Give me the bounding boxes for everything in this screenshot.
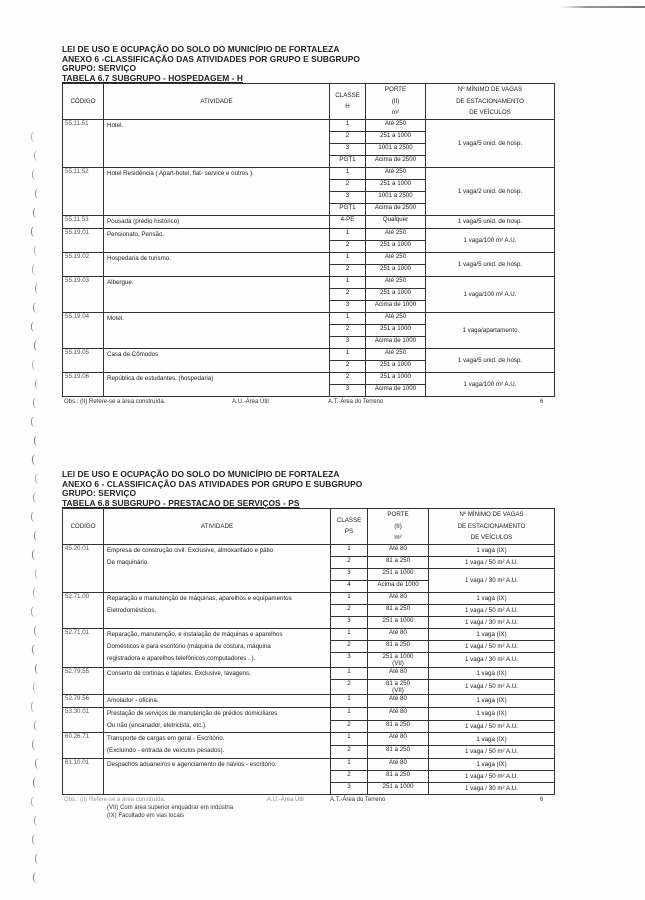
activity-description: Transporte de cargas em geral - Escritór… (104, 733, 331, 758)
activity-description: República de estudantes. (hospedaria) (104, 372, 330, 396)
footnote-ix: (IX) Facultado em vias locais (107, 813, 184, 819)
size-cell: 251 a 1000 (366, 360, 426, 372)
scan-mark: ( (33, 434, 37, 447)
size-cell: 1001 a 2500 (366, 143, 426, 155)
size-cell: 81 a 250 (368, 640, 429, 652)
size-cell: 1001 a 2500 (366, 191, 426, 203)
activity-description: Motel. (104, 312, 330, 348)
class-cell: 1 (331, 758, 368, 770)
parking-requirement: 1 vaga/apartamento (426, 312, 555, 348)
scan-mark: ( (30, 320, 34, 333)
scan-mark: ( (34, 282, 38, 295)
class-cell: 2 (330, 360, 366, 372)
size-cell: Até 250 (366, 228, 426, 240)
size-cell: 251 a 1000 (366, 179, 426, 191)
activity-description: Despachos aduaneiros e agenciamento de n… (104, 758, 331, 794)
activity-code: 55.19.02 (63, 252, 104, 276)
scan-mark: ( (30, 130, 34, 143)
class-cell: PGT1 (330, 203, 366, 215)
size-cell: 81 a 250 (368, 556, 429, 568)
scan-mark: ( (31, 263, 35, 276)
prestacao-servicos-table: CÓDIGO ATIVIDADE CLASSEPS PORTE(II)m² Nº… (62, 508, 555, 794)
activity-code: 55.11.52 (63, 167, 104, 215)
scan-mark: ( (30, 510, 34, 523)
class-cell: 1 (330, 276, 366, 288)
size-cell: 251 a 1000 (366, 131, 426, 143)
class-cell: 2 (331, 604, 368, 616)
size-cell: Até 250 (366, 312, 426, 324)
table-footer: Obs.: (II) Refere-se a área construída. … (62, 795, 554, 831)
size-cell: Acima de 2500 (366, 203, 426, 215)
footnote-obs: Obs.: (II) Refere-se a área construída. (64, 797, 165, 803)
scan-mark: ( (34, 662, 38, 675)
activity-description: Albergue. (104, 276, 330, 312)
activity-description: Reparação, manutenção, e instalação de m… (104, 628, 331, 667)
scan-mark: ( (34, 187, 38, 200)
parking-requirement: 1 vaga (IX) (429, 544, 555, 556)
activity-code: 60.26.71 (63, 733, 104, 758)
parking-requirement: 1 vaga / 50 m² A.U. (429, 640, 555, 652)
class-cell: 1 (331, 667, 368, 679)
class-cell: 3 (331, 782, 368, 794)
size-cell: Até 80 (368, 544, 429, 556)
class-cell: PGT1 (330, 155, 366, 167)
col-porte: PORTE(II)m² (366, 84, 426, 119)
size-cell: Até 250 (366, 167, 426, 179)
class-cell: 2 (331, 640, 368, 652)
col-classe: CLASSEPS (331, 509, 368, 544)
class-cell: 2 (330, 264, 366, 276)
scan-mark: ( (33, 244, 37, 257)
footnote-au: A.U.-Área Útil (267, 797, 304, 803)
parking-requirement: 1 vaga / 50 m² A.U. (429, 770, 555, 782)
scan-mark: ( (32, 871, 36, 884)
class-cell: 3 (330, 300, 366, 312)
class-cell: 1 (330, 119, 366, 131)
parking-requirement: 1 vaga/5 unid. de hosp. (426, 252, 555, 276)
class-cell: 1 (330, 167, 366, 179)
parking-requirement: 1 vaga/2 unid. de hosp. (426, 167, 555, 215)
parking-requirement: 1 vaga / 30 m² A.U. (429, 568, 555, 592)
scan-mark: ( (31, 358, 35, 371)
footnote-at: A.T.-Área do Terreno (328, 399, 383, 405)
class-cell: 1 (331, 694, 368, 707)
scan-mark: ( (32, 586, 36, 599)
scan-mark: ( (34, 852, 38, 865)
footnote-at: A.T.-Área do Terreno (330, 797, 385, 803)
class-cell: 1 (331, 592, 368, 604)
activity-description: Hospedaria de turismo. (104, 252, 330, 276)
size-cell: Até 250 (366, 119, 426, 131)
size-cell: Até 250 (366, 252, 426, 264)
parking-requirement: 1 vaga / 50 m² A.U. (429, 720, 555, 733)
table-row: 52.71.00Reparação e manutenção de máquin… (63, 592, 555, 604)
class-cell: 2 (331, 556, 368, 568)
scan-mark: ( (30, 700, 34, 713)
table-row: 53.30.01Prestação de serviços de manuten… (63, 707, 555, 720)
col-codigo: CÓDIGO (63, 84, 104, 119)
class-cell: 2 (331, 745, 368, 758)
size-cell: Até 80 (368, 667, 429, 679)
class-cell: 1 (330, 252, 366, 264)
parking-requirement: 1 vaga / 50 m² A.U. (429, 556, 555, 568)
table-row: 55.11.52Hotel Residência ( Apart-hotel, … (63, 167, 555, 179)
col-vagas: Nº MÍNIMO DE VAGASDE ESTACIONAMENTODE VE… (426, 84, 555, 119)
size-cell: 81 a 250 (368, 604, 429, 616)
activity-description: Conserto de cortinas e tapetes. Exclusiv… (104, 667, 331, 694)
class-cell: 3 (331, 616, 368, 628)
col-porte: PORTE(II)m² (368, 509, 429, 544)
class-cell: 2 (330, 372, 366, 384)
size-cell: Acima de 1000 (366, 336, 426, 348)
hospedagem-table: CÓDIGO ATIVIDADE CLASSEH PORTE(II)m² Nº … (62, 83, 555, 396)
table-title: TABELA 6.8 SUBGRUPO - PRESTACAO DE SERVI… (62, 499, 554, 509)
parking-requirement: 1 vaga (IX) (429, 694, 555, 707)
activity-code: 55.19.04 (63, 312, 104, 348)
size-cell: 251 a 1000 (368, 568, 429, 580)
col-classe: CLASSEH (330, 84, 366, 119)
scan-mark: ( (33, 529, 37, 542)
scan-mark: ( (34, 472, 38, 485)
size-cell: 81 a 250 (368, 770, 429, 782)
size-cell: 81 a 250 (368, 745, 429, 758)
parking-requirement: 1 vaga/100 m² A.U. (426, 276, 555, 312)
size-cell: 251 a 1000(VII) (368, 652, 429, 667)
activity-code: 55.11.53 (63, 215, 104, 228)
parking-requirement: 1 vaga / 50 m² A.U. (429, 604, 555, 616)
table-row: 55.19.04Motel.1Até 2501 vaga/apartamento (63, 312, 555, 324)
table-footer: Obs.: (II) Refere-se a área construída. … (62, 397, 554, 409)
activity-code: 52.79.56 (63, 694, 104, 707)
class-cell: 2 (330, 324, 366, 336)
size-cell: Até 80 (368, 733, 429, 746)
table-row: 55.19.03Albergue.1Até 2501 vaga/100 m² A… (63, 276, 555, 288)
parking-requirement: 1 vaga/100 m² A.U. (426, 228, 555, 252)
class-cell: 4 (331, 580, 368, 592)
activity-code: 55.19.01 (63, 228, 104, 252)
footnote-au: A.U.-Área Útil (232, 399, 269, 405)
scan-mark: ( (33, 814, 37, 827)
activity-description: Pousada (prédio histórico) (104, 215, 330, 228)
table-header-row: CÓDIGO ATIVIDADE CLASSEPS PORTE(II)m² Nº… (63, 509, 555, 544)
scan-mark: ( (33, 624, 37, 637)
activity-description: Hotel. (104, 119, 330, 167)
parking-requirement: 1 vaga (IX) (429, 707, 555, 720)
footnote-obs: Obs.: (II) Refere-se a área construída. (64, 399, 165, 405)
class-cell: 2 (330, 288, 366, 300)
activity-code: 55.11.51 (63, 119, 104, 167)
parking-requirement: 1 vaga/5 unid. de hosp. (426, 119, 555, 167)
parking-requirement: 1 vaga / 50 m² A.U. (429, 745, 555, 758)
scan-mark: ( (32, 681, 36, 694)
size-cell: 251 a 1000 (366, 324, 426, 336)
size-cell: 251 a 1000 (366, 372, 426, 384)
scan-mark: ( (34, 757, 38, 770)
scan-mark: ( (30, 795, 34, 808)
class-cell: 1 (331, 707, 368, 720)
scan-top-rule (560, 6, 645, 8)
page-mark: 6 (540, 399, 543, 405)
size-cell: 251 a 1000 (366, 264, 426, 276)
scan-mark: ( (31, 643, 35, 656)
class-cell: 1 (330, 348, 366, 360)
parking-requirement: 1 vaga/5 unid. de hosp. (426, 215, 555, 228)
activity-description: Pensionato, Pensão. (104, 228, 330, 252)
table-row: 45.20.01Empresa de construção civil. Exc… (63, 544, 555, 556)
table-title: TABELA 6.7 SUBGRUPO - HOSPEDAGEM - H (62, 74, 554, 84)
activity-code: 52.79.55 (63, 667, 104, 694)
size-cell: Até 250 (366, 348, 426, 360)
size-cell: Acima de 1000 (366, 300, 426, 312)
scan-mark: ( (32, 491, 36, 504)
class-cell: 3 (331, 652, 368, 667)
activity-code: 45.20.01 (63, 544, 104, 592)
parking-requirement: 1 vaga (IX) (429, 592, 555, 604)
size-cell: 81 a 250 (368, 720, 429, 733)
class-cell: 3 (330, 336, 366, 348)
size-cell: Até 80 (368, 758, 429, 770)
class-cell: 1 (331, 544, 368, 556)
size-cell: Até 80 (368, 707, 429, 720)
size-cell: 81 a 250(VII) (368, 679, 429, 694)
scan-mark: ( (30, 605, 34, 618)
size-cell: Até 80 (368, 694, 429, 707)
activity-description: Amolador - oficina. (104, 694, 331, 707)
class-cell: 3 (330, 384, 366, 396)
activity-code: 52.71.00 (63, 592, 104, 628)
size-cell: 251 a 1000 (366, 288, 426, 300)
activity-description: Casa de Cômodos (104, 348, 330, 372)
scan-mark: ( (33, 339, 37, 352)
parking-requirement: 1 vaga / 30 m² A.U. (429, 652, 555, 667)
table-row: 55.11.53Pousada (prédio histórico)4-PEQu… (63, 215, 555, 228)
col-atividade: ATIVIDADE (104, 84, 330, 119)
parking-requirement: 1 vaga / 30 m² A.U. (429, 616, 555, 628)
class-cell: 1 (331, 733, 368, 746)
parking-requirement: 1 vaga (IX) (429, 733, 555, 746)
table-row: 52.79.56Amolador - oficina.1Até 801 vaga… (63, 694, 555, 707)
table-row: 52.79.55Conserto de cortinas e tapetes. … (63, 667, 555, 679)
binding-hole-marks: (((((((((((((((((((((((((((((((((((((((( (30, 90, 50, 890)
table-row: 55.11.51Hotel.1Até 2501 vaga/5 unid. de … (63, 119, 555, 131)
table-row: 60.26.71Transporte de cargas em geral - … (63, 733, 555, 746)
size-cell: Acima de 2500 (366, 155, 426, 167)
activity-code: 52.71.01 (63, 628, 104, 667)
class-cell: 1 (330, 312, 366, 324)
activity-code: 55.19.05 (63, 348, 104, 372)
scan-mark: ( (33, 149, 37, 162)
table-row: 61.10.01Despachos aduaneiros e agenciame… (63, 758, 555, 770)
parking-requirement: 1 vaga/100 m² A.U. (426, 372, 555, 396)
size-cell: Acima de 1000 (366, 384, 426, 396)
class-cell: 3 (330, 143, 366, 155)
parking-requirement: 1 vaga (IX) (429, 628, 555, 640)
class-cell: 3 (331, 568, 368, 580)
activity-description: Hotel Residência ( Apart-hotel, flat- se… (104, 167, 330, 215)
parking-requirement: 1 vaga (IX) (429, 758, 555, 770)
scan-mark: ( (30, 225, 34, 238)
scan-mark: ( (31, 833, 35, 846)
table-row: 52.71.01Reparação, manutenção, e instala… (63, 628, 555, 640)
activity-code: 55.19.03 (63, 276, 104, 312)
scan-mark: ( (34, 377, 38, 390)
size-cell: Até 80 (368, 628, 429, 640)
page-mark: 6 (540, 797, 543, 803)
scan-mark: ( (32, 396, 36, 409)
size-cell: Até 250 (366, 276, 426, 288)
size-cell: 251 a 1000 (368, 616, 429, 628)
footnote-vii: (VII) Com área superior enquadrar em ind… (107, 805, 233, 811)
parking-requirement: 1 vaga / 30 m² A.U. (429, 782, 555, 794)
parking-requirement: 1 vaga/5 unid. de hosp. (426, 348, 555, 372)
activity-code: 55.19.06 (63, 372, 104, 396)
table-header-row: CÓDIGO ATIVIDADE CLASSEH PORTE(II)m² Nº … (63, 84, 555, 119)
class-cell: 2 (331, 679, 368, 694)
class-cell: 2 (330, 131, 366, 143)
scan-mark: ( (33, 719, 37, 732)
class-cell: 1 (330, 228, 366, 240)
class-cell: 2 (331, 720, 368, 733)
scan-mark: ( (31, 453, 35, 466)
class-cell: 2 (331, 770, 368, 782)
table-row: 55.19.06República de estudantes. (hosped… (63, 372, 555, 384)
activity-description: Empresa de construção civil. Exclusive, … (104, 544, 331, 592)
size-cell: Acima de 1000 (368, 580, 429, 592)
activity-description: Reparação e manutenção de máquinas, apar… (104, 592, 331, 628)
parking-requirement: 1 vaga / 50 m² A.U. (429, 679, 555, 694)
col-codigo: CÓDIGO (63, 509, 104, 544)
activity-code: 61.10.01 (63, 758, 104, 794)
table-row: 55.19.01Pensionato, Pensão.1Até 2501 vag… (63, 228, 555, 240)
activity-code: 53.30.01 (63, 707, 104, 732)
table-row: 55.19.05Casa de Cômodos1Até 2501 vaga/5 … (63, 348, 555, 360)
size-cell: Até 80 (368, 592, 429, 604)
scan-mark: ( (31, 548, 35, 561)
table-6-8-section: LEI DE USO E OCUPAÇÃO DO SOLO DO MUNICÍP… (62, 470, 554, 831)
scan-mark: ( (32, 776, 36, 789)
class-cell: 2 (330, 240, 366, 252)
class-cell: 3 (330, 191, 366, 203)
scan-mark: ( (32, 206, 36, 219)
size-cell: 251 a 1000 (368, 782, 429, 794)
table-6-7-section: LEI DE USO E OCUPAÇÃO DO SOLO DO MUNICÍP… (62, 45, 554, 409)
scan-mark: ( (31, 168, 35, 181)
size-cell: 251 a 1000 (366, 240, 426, 252)
activity-description: Prestação de serviços de manutenção de p… (104, 707, 331, 732)
class-cell: 2 (330, 179, 366, 191)
scan-mark: ( (31, 738, 35, 751)
size-cell: Qualquer (366, 215, 426, 228)
table-row: 55.19.02Hospedaria de turismo.1Até 2501 … (63, 252, 555, 264)
class-cell: 4-PE (330, 215, 366, 228)
col-vagas: Nº MÍNIMO DE VAGASDE ESTACIONAMENTODE VE… (429, 509, 555, 544)
class-cell: 1 (331, 628, 368, 640)
scan-mark: ( (32, 301, 36, 314)
scan-mark: ( (30, 415, 34, 428)
col-atividade: ATIVIDADE (104, 509, 331, 544)
scan-mark: ( (34, 567, 38, 580)
parking-requirement: 1 vaga (IX) (429, 667, 555, 679)
